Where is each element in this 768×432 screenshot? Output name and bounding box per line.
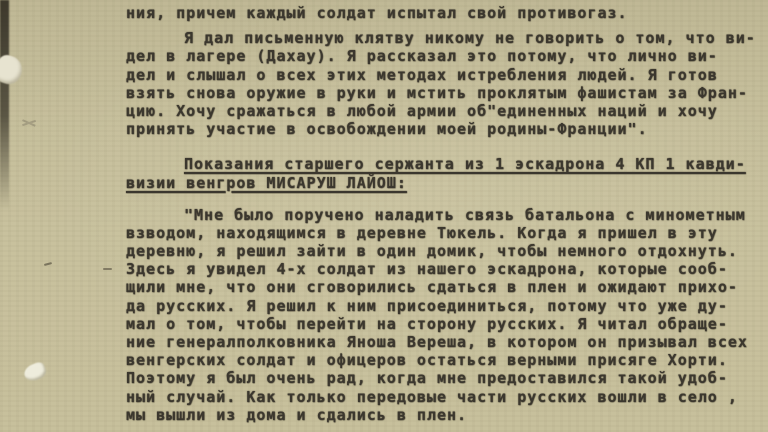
typewritten-text-column: ния, причем каждый солдат испытал свой п…	[126, 4, 752, 424]
text-line: деревню, я решил зайти в один домик, что…	[126, 242, 752, 260]
ink-speck	[44, 262, 52, 266]
text-line: ние генералполковника Яноша Вереша, в ко…	[126, 333, 752, 351]
text-line: цию. Хочу сражаться в любой армии об"еди…	[126, 102, 752, 120]
margin-dash-mark	[103, 268, 112, 270]
section-heading-line: Показания старшего сержанта из 1 эскадро…	[126, 155, 752, 173]
text-line: ния, причем каждый солдат испытал свой п…	[126, 4, 752, 22]
text-line: мал о том, чтобы перейти на сторону русс…	[126, 315, 752, 333]
text-line: Здесь я увидел 4-х солдат из нашего эска…	[126, 260, 752, 278]
document-scan-page: ния, причем каждый солдат испытал свой п…	[0, 0, 768, 432]
scan-edge-shadow	[0, 0, 9, 210]
text-line: ный случай. Как только передовые части р…	[126, 388, 752, 406]
paper-damage-spot	[0, 53, 26, 88]
text-line: щили мне, что они сговорились сдаться в …	[126, 278, 752, 296]
text-line: да русских. Я решил к ним присоединиться…	[126, 297, 752, 315]
text-line: Я дал письменную клятву никому не говори…	[126, 29, 752, 47]
text-line: венгерских солдат и офицеров остаться ве…	[126, 351, 752, 369]
text-line: Поэтому я был очень рад, когда мне предо…	[126, 369, 752, 387]
pencil-scribble-mark	[22, 118, 36, 128]
text-line: "Мне было поручено наладить связь баталь…	[126, 206, 752, 224]
text-line: мы вышли из дома и сдались в плен.	[126, 406, 752, 424]
text-line: дел и слышал о всех этих методах истребл…	[126, 66, 752, 84]
text-line: дел в лагере (Дахау). Я рассказал это по…	[126, 47, 752, 65]
section-heading-line: визии венгров МИСАРУШ ЛАЙОШ:	[126, 174, 752, 192]
paper-damage-spot	[22, 360, 48, 383]
text-line: взять снова оружие в руки и мстить прокл…	[126, 84, 752, 102]
text-line: взводом, находящимся в деревне Тюкель. К…	[126, 224, 752, 242]
text-line: принять участие в освобождении моей роди…	[126, 120, 752, 138]
